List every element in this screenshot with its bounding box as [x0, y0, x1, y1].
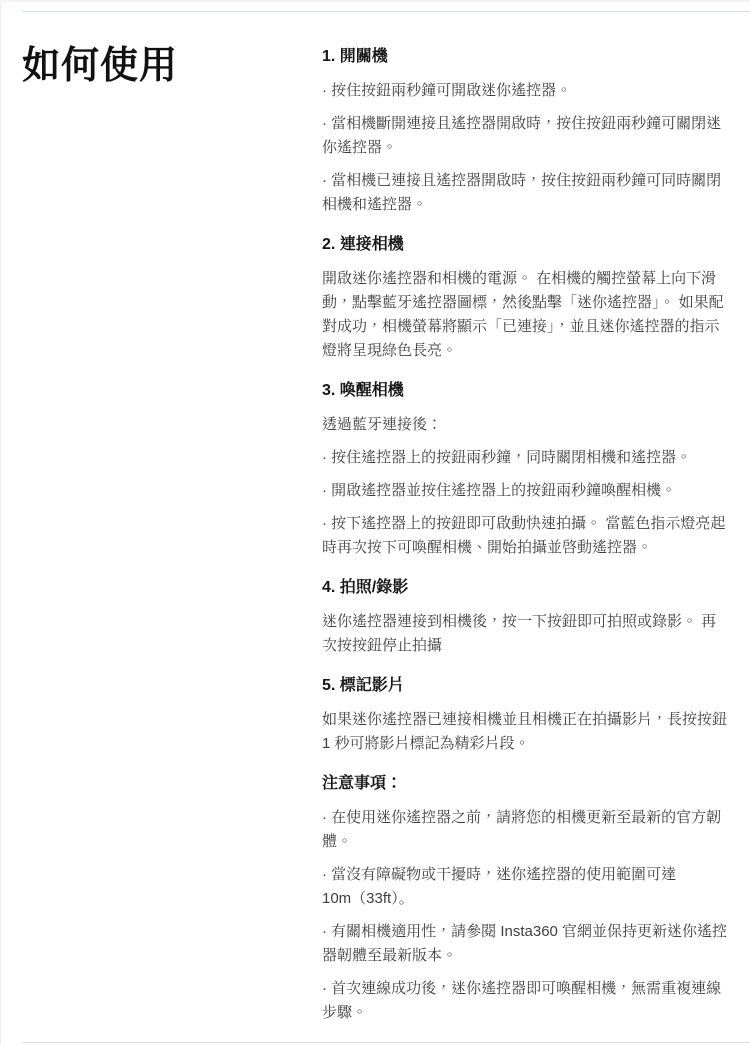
section-heading: 3. 喚醒相機	[322, 378, 729, 404]
section-mark-video: 5. 標記影片如果迷你遙控器已連接相機並且相機正在拍攝影片，長按按鈕1 秒可將影…	[322, 673, 729, 756]
section-wake-camera: 3. 喚醒相機透過藍牙連接後：· 按住遙控器上的按鈕兩秒鐘，同時關閉相機和遙控器…	[322, 378, 729, 560]
paragraph: 如果迷你遙控器已連接相機並且相機正在拍攝影片，長按按鈕1 秒可將影片標記為精彩片…	[322, 708, 729, 756]
section-power-on-off: 1. 開關機· 按住按鈕兩秒鐘可開啟迷你遙控器。· 當相機斷開連接且遙控器開啟時…	[322, 44, 729, 217]
paragraph: 迷你遙控器連接到相機後，按一下按鈕即可拍照或錄影。 再次按按鈕停止拍攝	[322, 610, 729, 658]
top-divider	[22, 11, 750, 12]
section-notes: 注意事項：· 在使用迷你遙控器之前，請將您的相機更新至最新的官方韌體。· 當沒有…	[322, 771, 729, 1025]
section-heading: 注意事項：	[322, 771, 729, 797]
top-accent-line	[0, 0, 750, 2]
bullet-item: · 開啟遙控器並按住遙控器上的按鈕兩秒鐘喚醒相機。	[322, 479, 729, 503]
section-heading: 5. 標記影片	[322, 673, 729, 699]
section-photo-video: 4. 拍照/錄影迷你遙控器連接到相機後，按一下按鈕即可拍照或錄影。 再次按按鈕停…	[322, 575, 729, 658]
bullet-item: · 首次連線成功後，迷你遙控器即可喚醒相機，無需重複連線步驟。	[322, 977, 729, 1025]
section-heading: 2. 連接相機	[322, 232, 729, 258]
content-column: 1. 開關機· 按住按鈕兩秒鐘可開啟迷你遙控器。· 當相機斷開連接且遙控器開啟時…	[322, 44, 729, 1034]
bullet-item: · 當相機斷開連接且遙控器開啟時，按住按鈕兩秒鐘可關閉迷你遙控器。	[322, 112, 729, 160]
paragraph: 開啟迷你遙控器和相機的電源。 在相機的觸控螢幕上向下滑動，點擊藍牙遙控器圖標，然…	[322, 267, 729, 363]
bullet-item: · 按住遙控器上的按鈕兩秒鐘，同時關閉相機和遙控器。	[322, 446, 729, 470]
paragraph: 透過藍牙連接後：	[322, 413, 729, 437]
bullet-item: · 按下遙控器上的按鈕即可啟動快速拍攝。 當藍色指示燈亮起時再次按下可喚醒相機、…	[322, 512, 729, 560]
help-page: { "page": { "title": "如何使用", "sections":…	[0, 0, 750, 1045]
bullet-item: · 在使用迷你遙控器之前，請將您的相機更新至最新的官方韌體。	[322, 806, 729, 854]
page-title: 如何使用	[22, 46, 178, 86]
left-edge-line	[0, 2, 1, 1045]
bullet-item: · 當沒有障礙物或干擾時，迷你遙控器的使用範圍可達10m⁠（33ft）。	[322, 863, 729, 911]
section-connect-camera: 2. 連接相機開啟迷你遙控器和相機的電源。 在相機的觸控螢幕上向下滑動，點擊藍牙…	[322, 232, 729, 363]
bullet-item: · 按住按鈕兩秒鐘可開啟迷你遙控器。	[322, 79, 729, 103]
bullet-item: · 有關相機適用性，請參閱 Insta360 官網並保持更新迷你遙控器韌體至最新…	[322, 920, 729, 968]
section-heading: 4. 拍照/錄影	[322, 575, 729, 601]
bottom-divider	[22, 1042, 750, 1043]
section-heading: 1. 開關機	[322, 44, 729, 70]
bullet-item: · 當相機已連接且遙控器開啟時，按住按鈕兩秒鐘可同時關閉相機和遙控器。	[322, 169, 729, 217]
